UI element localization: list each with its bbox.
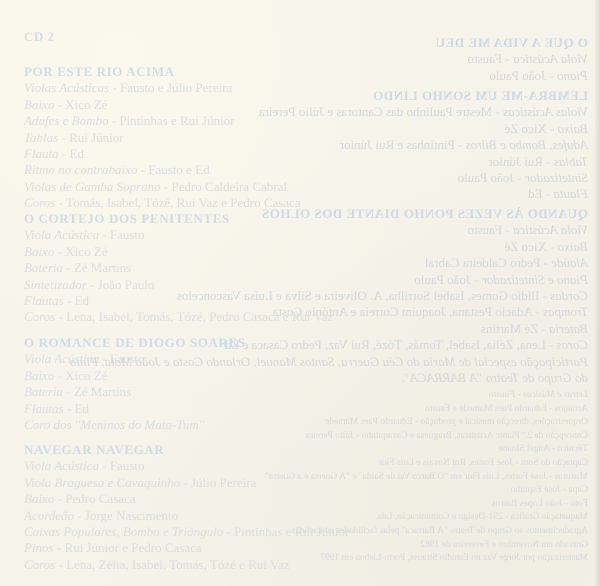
- bleed-credit-line: Orquestrações, direcção musical e produç…: [265, 416, 588, 430]
- track-title: O ROMANCE DE DIOGO SOARES: [24, 335, 246, 351]
- credit-line: Viola Acústica - Fausto: [24, 227, 333, 243]
- credit-line: Flauta - Ed: [24, 146, 301, 162]
- track-section-navegar-navegar: NAVEGAR NAVEGAR Viola Acústica - Fausto …: [24, 442, 349, 573]
- credit-line: Ritmo no contrabaixo - Fausto e Ed: [24, 162, 301, 178]
- bleed-credit-line: Sintetizador - João Paulo: [259, 170, 588, 186]
- track-title: O CORTEJO DOS PENITENTES: [24, 211, 333, 227]
- credit-line: Baixo - Xico Zé: [24, 368, 246, 384]
- credit-line: Tablas - Rui Júnior: [24, 130, 301, 146]
- credit-line: Viola Acústica - Fausto: [24, 351, 246, 367]
- track-section-o-romance-de-diogo-soares: O ROMANCE DE DIOGO SOARES Viola Acústica…: [24, 335, 246, 433]
- credit-line: Baixo - Pedro Casaca: [24, 491, 349, 507]
- track-title: POR ESTE RIO ACIMA: [24, 64, 301, 80]
- credit-line: Violas de Gamba Soprano - Pedro Caldeira…: [24, 179, 301, 195]
- bleed-section-2: LEMBRA-ME UM SONHO LINDO Violas Acústica…: [259, 88, 588, 203]
- credit-line: Viola Braguesa e Cavaquinho - Júlio Pere…: [24, 475, 349, 491]
- track-section-por-este-rio-acima: POR ESTE RIO ACIMA Violas Acústicas - Fa…: [24, 64, 301, 212]
- credit-line: Bateria - Zé Martins: [24, 260, 333, 276]
- credit-line: Sintetizador - João Paulo: [24, 277, 333, 293]
- bleed-credit-line: Baixo - Xico Zé: [259, 121, 588, 137]
- track-section-o-cortejo-dos-penitentes: O CORTEJO DOS PENITENTES Viola Acústica …: [24, 211, 333, 326]
- bleed-credit-line: Flauta - Ed: [259, 186, 588, 202]
- credit-line: Pinos - Rui Júnior e Pedro Casaca: [24, 540, 349, 556]
- bleed-credit-line: Tablas - Rui Júnior: [259, 154, 588, 170]
- credit-line: Baixo - Xico Zé: [24, 97, 301, 113]
- credit-line: Adufes e Bombo - Pintinhas e Rui Júnior: [24, 113, 301, 129]
- bleed-section-title: O QUE A VIDA ME DEU: [435, 35, 588, 51]
- bleed-credit-line: Piano - João Paulo: [435, 68, 588, 84]
- bleed-credit-line: Violas Acústicas - Mestre Paulinho das C…: [259, 104, 588, 120]
- credit-line: Coros - Lena, Isabel, Tomás, Tózé, Pedro…: [24, 309, 333, 325]
- credit-line: Bateria - Zé Martins: [24, 384, 246, 400]
- bleed-credit-line: Letras e Músicas - Fausto: [265, 389, 588, 403]
- credit-line: Baixo - Xico Zé: [24, 244, 333, 260]
- credit-line: Flautas - Ed: [24, 401, 246, 417]
- credit-line: Viola Acústica - Fausto: [24, 458, 349, 474]
- track-title: NAVEGAR NAVEGAR: [24, 442, 349, 458]
- credit-line: Violas Acústicas - Fausto e Júlio Pereir…: [24, 80, 301, 96]
- disc-label: CD 2: [24, 29, 55, 45]
- bleed-credit-line: Arranjos - Eduardo Paes Mamede e Fausto: [265, 403, 588, 417]
- bleed-section-1: O QUE A VIDA ME DEU Viola Acústica - Fau…: [435, 35, 588, 84]
- credit-line: Coros - Lena, Zélia, Isabel, Tomás, Tózé…: [24, 557, 349, 573]
- bleed-section-title: LEMBRA-ME UM SONHO LINDO: [259, 88, 588, 104]
- bleed-credit-line: Adufes, Bombo e Bilros - Pintinhas e Rui…: [259, 137, 588, 153]
- credit-line: Acordeão - Jorge Nascimento: [24, 508, 349, 524]
- credit-line: Coros - Tomás, Isabel, Tózé, Rui Vaz e P…: [24, 195, 301, 211]
- credit-line: Caixas Populares, Bombo e Triângulo - Pi…: [24, 524, 349, 540]
- credit-line: Coro dos "Meninos do Mato-Tum": [24, 417, 246, 433]
- bleed-credit-line: Viola Acústica - Fausto: [435, 51, 588, 67]
- credit-line: Flautas - Ed: [24, 293, 333, 309]
